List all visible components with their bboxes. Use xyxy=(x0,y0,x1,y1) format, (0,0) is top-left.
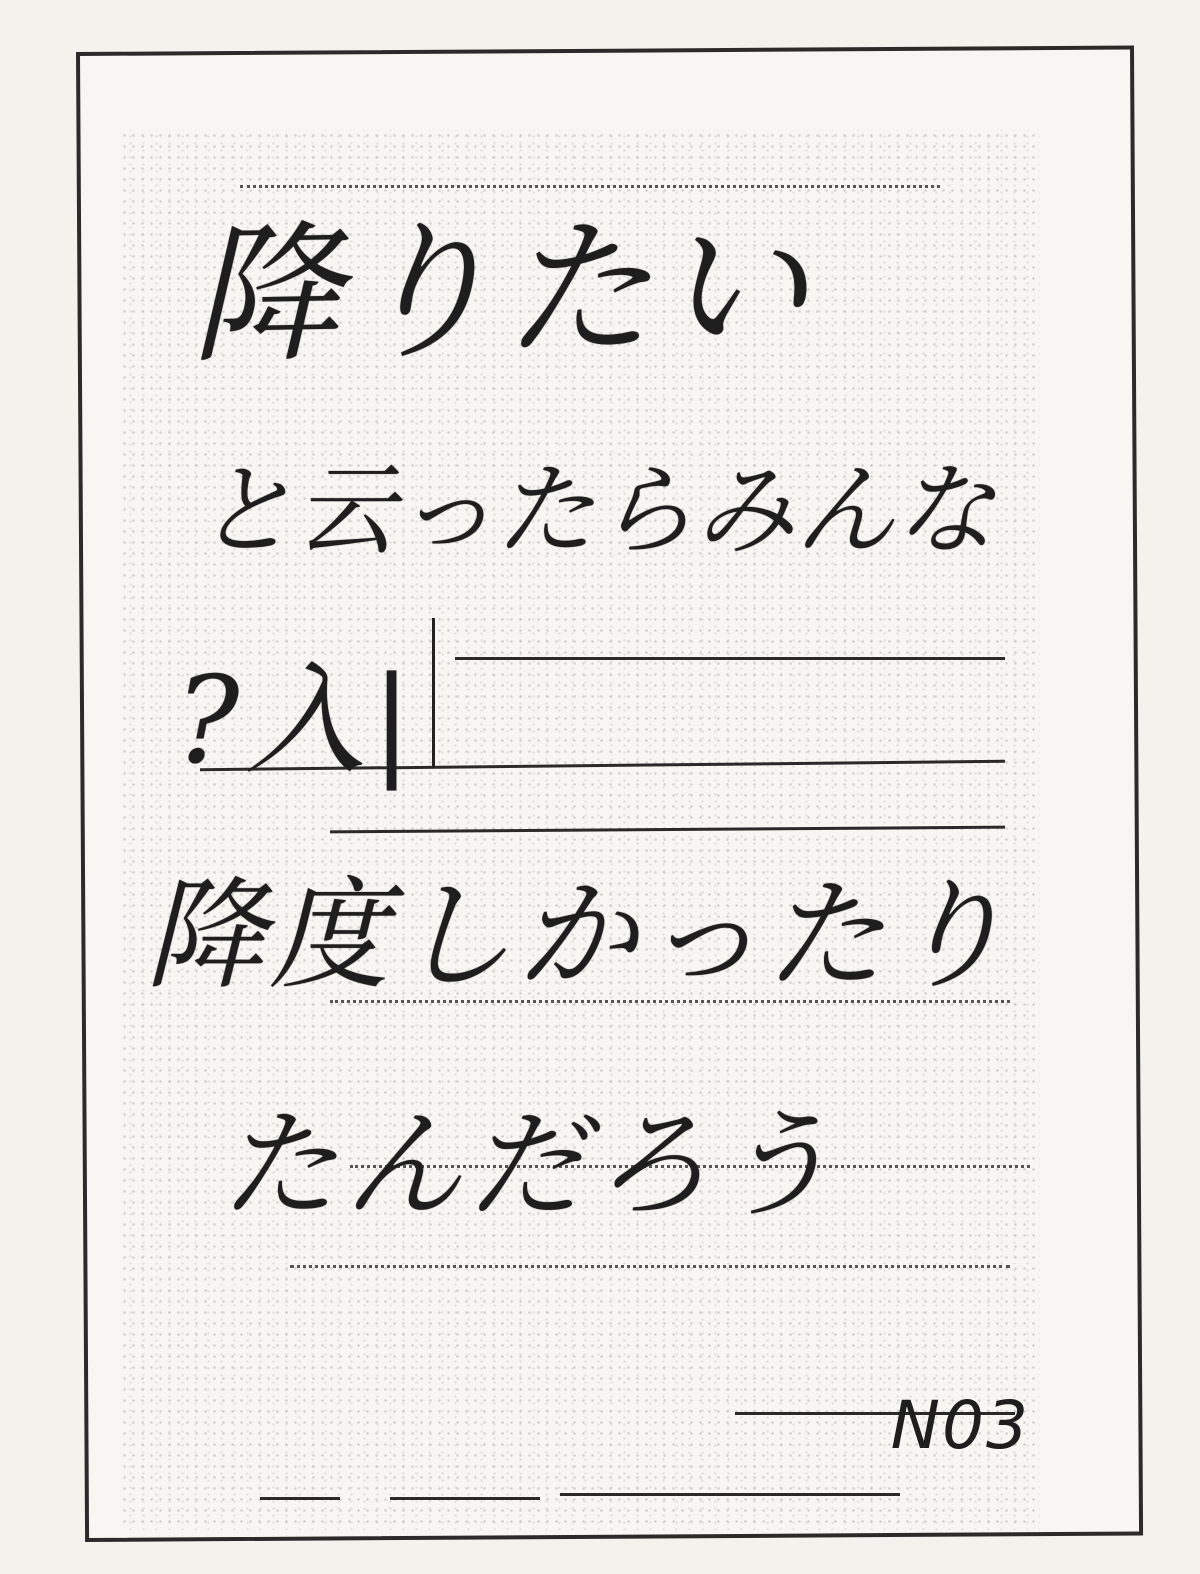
handwritten-line-3: ?入| xyxy=(175,625,418,797)
handwritten-line-2: と云ったらみんな xyxy=(195,430,995,574)
handwritten-line-1: 降りたい xyxy=(188,165,816,392)
page-number: N03 xyxy=(891,1387,1030,1464)
handwritten-line-4: 降度しかったり xyxy=(145,840,1013,1012)
ruled-line xyxy=(290,1265,1010,1268)
handwritten-line-5: たんだろう xyxy=(220,1070,840,1240)
margin-stroke xyxy=(432,618,435,768)
ruled-line xyxy=(390,1497,540,1500)
ruled-line xyxy=(260,1497,340,1500)
ruled-line xyxy=(455,657,1005,660)
ruled-line xyxy=(560,1493,900,1496)
